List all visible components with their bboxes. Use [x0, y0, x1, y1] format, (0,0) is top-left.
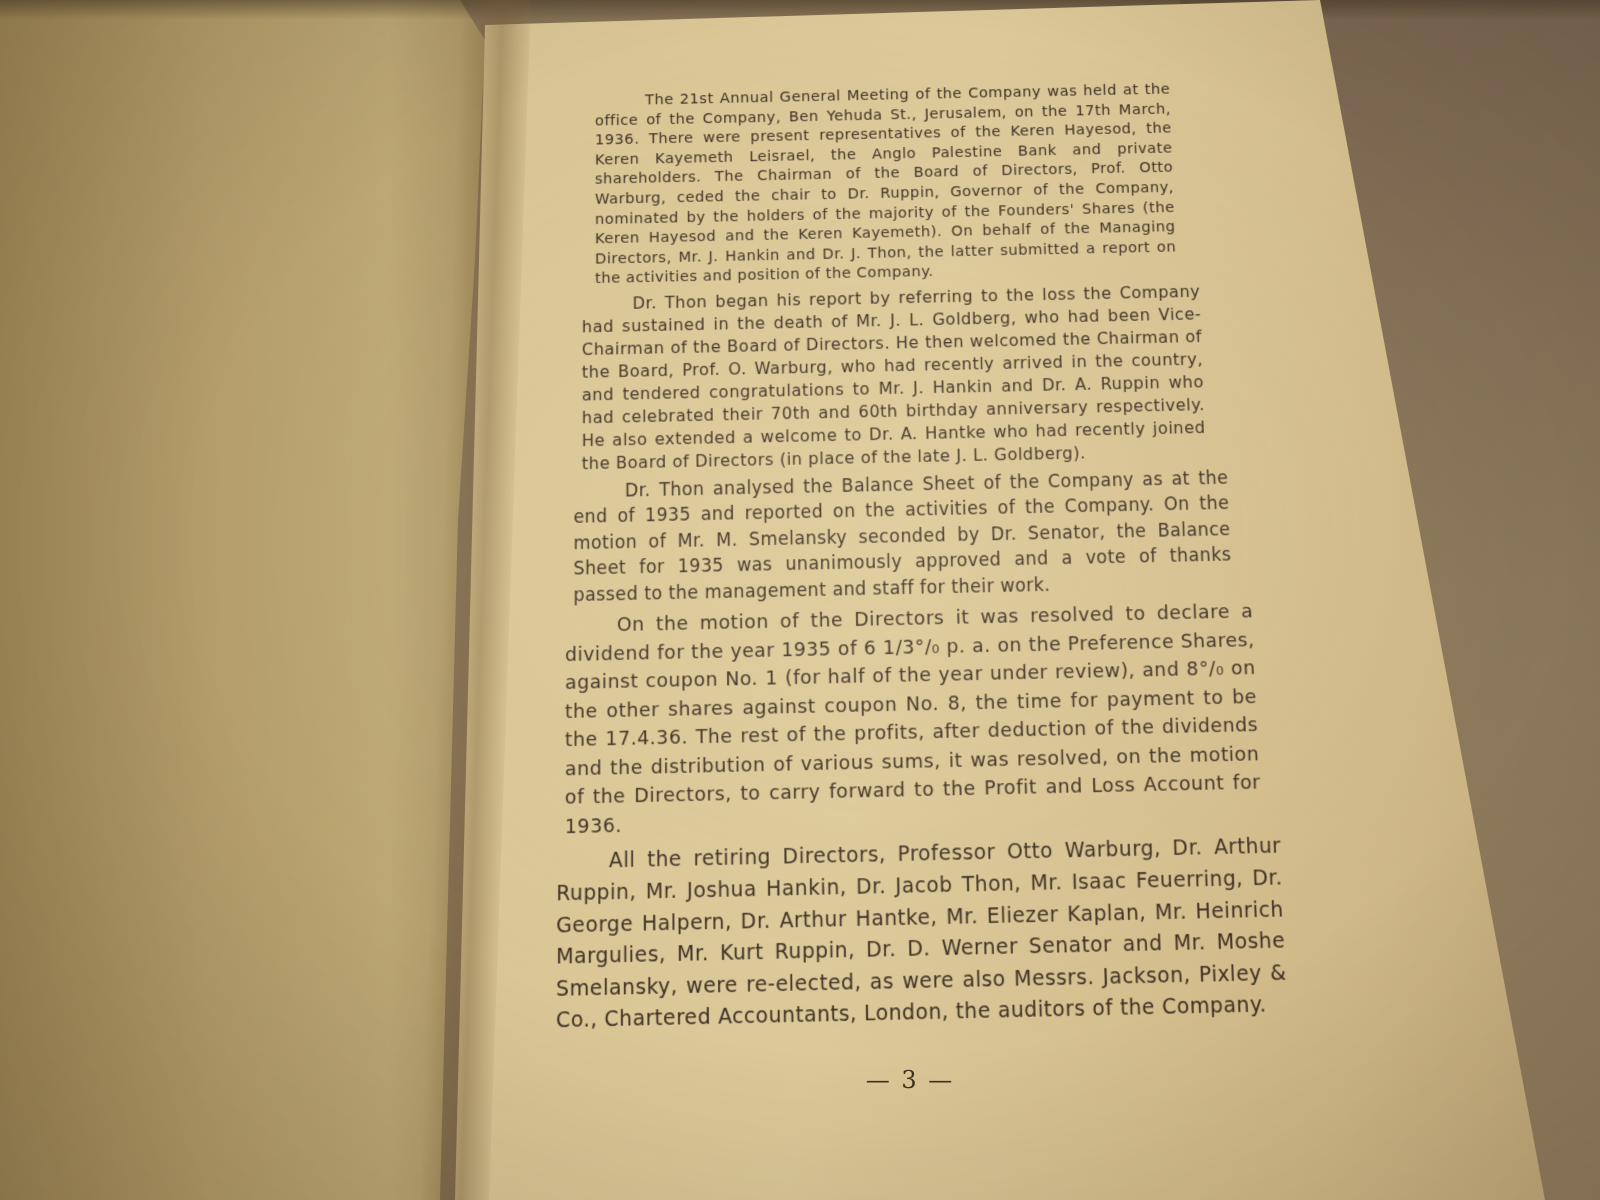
paragraph-thon-report: Dr. Thon began his report by referring t…	[582, 280, 1207, 475]
photo-scene: The 21st Annual General Meeting of the C…	[0, 0, 1600, 1200]
page-number: — 3 —	[860, 1066, 960, 1094]
meeting-report-text: The 21st Annual General Meeting of the C…	[569, 78, 1291, 1042]
paragraph-re-election: All the retiring Directors, Professor Ot…	[556, 831, 1289, 1037]
paragraph-meeting-opening: The 21st Annual General Meeting of the C…	[595, 80, 1177, 289]
paragraph-balance-sheet: Dr. Thon analysed the Balance Sheet of t…	[573, 466, 1233, 609]
left-blank-page	[0, 0, 490, 1200]
paragraph-dividend: On the motion of the Directors it was re…	[565, 599, 1263, 843]
